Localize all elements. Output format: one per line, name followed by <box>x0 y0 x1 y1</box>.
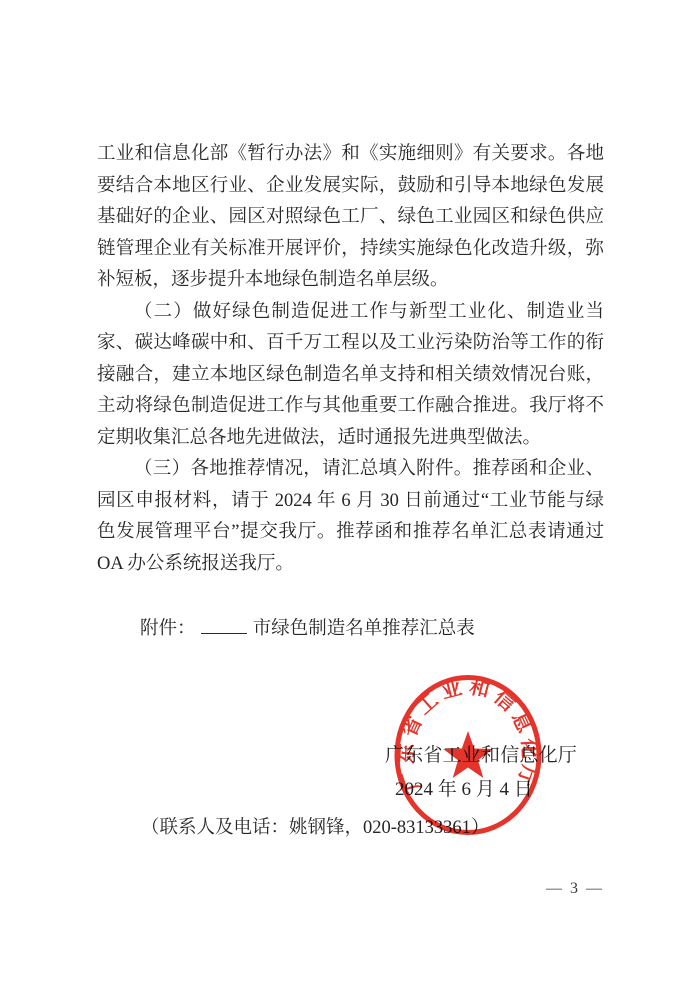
attachment-blank-line <box>201 616 247 634</box>
official-seal: 广东省工业和信息化厅 <box>394 675 542 835</box>
body-paragraph: （三）各地推荐情况，请汇总填入附件。推荐函和企业、园区申报材料，请于 2024 … <box>97 454 604 580</box>
attachment-title: 市绿色制造名单推荐汇总表 <box>253 619 475 639</box>
attachment-line: 附件： 市绿色制造名单推荐汇总表 <box>140 616 475 642</box>
page-number: — 3 — <box>546 879 604 899</box>
body-paragraph: （二）做好绿色制造促进工作与新型工业化、制造业当家、碳达峰碳中和、百千万工程以及… <box>97 297 604 455</box>
body-paragraph: 工业和信息化部《暂行办法》和《实施细则》有关要求。各地要结合本地区行业、企业发展… <box>97 139 604 297</box>
attachment-label: 附件： <box>140 619 196 639</box>
seal-star <box>443 731 492 778</box>
body-text-block: 工业和信息化部《暂行办法》和《实施细则》有关要求。各地要结合本地区行业、企业发展… <box>97 139 604 580</box>
document-page: 工业和信息化部《暂行办法》和《实施细则》有关要求。各地要结合本地区行业、企业发展… <box>0 0 700 989</box>
